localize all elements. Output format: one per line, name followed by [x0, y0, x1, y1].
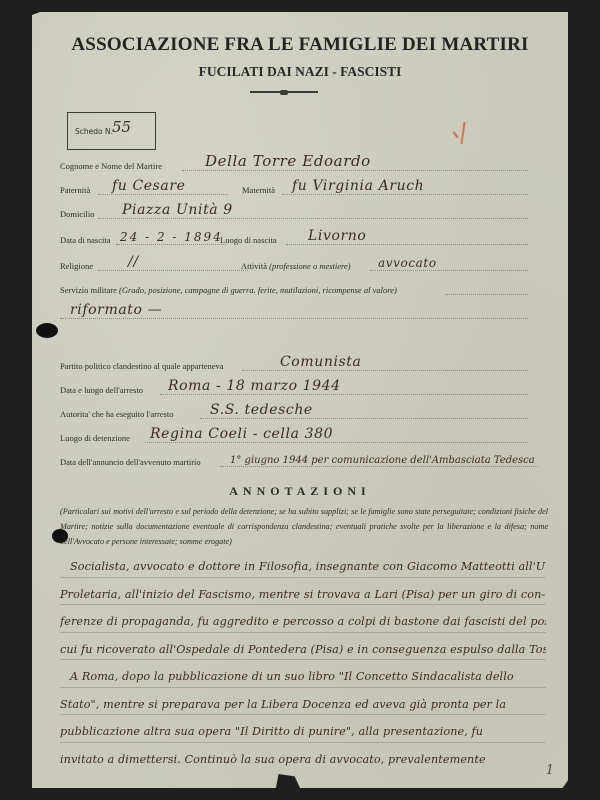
field-birth: Data di nascita 24 - 2 - 1894 Luogo di n…	[60, 226, 548, 248]
fill-line	[98, 218, 528, 219]
field-religion-activity: Religione // Attività (professione o mes…	[60, 252, 548, 274]
fill-line	[60, 318, 528, 319]
field-detention-value: Regina Coeli - cella 380	[150, 426, 333, 442]
field-maternity-value: fu Virginia Aruch	[292, 178, 424, 194]
field-domicile: Domicilio Piazza Unità 9	[60, 200, 548, 222]
annotations-title: ANNOTAZIONI	[32, 484, 568, 499]
annotations-handwritten: Socialista, avvocato e dottore in Filoso…	[60, 550, 546, 769]
annotations-instructions: (Particolari sui motivi dell'arresto e s…	[60, 504, 548, 549]
field-activity-hint: (professione o mestiere)	[269, 261, 351, 271]
annotation-line: A Roma, dopo la pubblicazione di un suo …	[60, 660, 546, 688]
field-birthdate-value: 24 - 2 - 1894	[120, 230, 223, 244]
punch-hole	[36, 323, 58, 338]
field-arrest-label: Data e luogo dell'arresto	[60, 385, 143, 395]
fill-line	[286, 244, 528, 245]
field-domicile-value: Piazza Unità 9	[122, 202, 233, 218]
annotation-line: Socialista, avvocato e dottore in Filoso…	[60, 550, 546, 578]
title-ornament	[250, 91, 318, 93]
field-arrest-value: Roma - 18 marzo 1944	[168, 378, 341, 394]
fill-line	[200, 418, 528, 419]
record-number-box: Schedo N. 55	[67, 112, 156, 150]
field-religion-value: //	[128, 254, 139, 270]
archive-form-sheet: ASSOCIAZIONE FRA LE FAMIGLIE DEI MARTIRI…	[32, 12, 568, 788]
annotation-line: ferenze di propaganda, fu aggredito e pe…	[60, 605, 546, 633]
punch-hole	[52, 529, 68, 543]
field-birthplace-label: Luogo di nascita	[220, 235, 277, 245]
field-military-label-text: Servizio militare	[60, 285, 117, 295]
field-arresting-authority: Autorita' che ha eseguito l'arresto S.S.…	[60, 400, 548, 422]
form-subtitle: FUCILATI DAI NAZI - FASCISTI	[32, 64, 568, 80]
annotation-line: pubblicazione altra sua opera "Il Diritt…	[60, 715, 546, 743]
field-military-service: Servizio militare (Grado, posizione, cam…	[60, 276, 548, 298]
field-detention-label: Luogo di detenzione	[60, 433, 130, 443]
field-name-value: Della Torre Edoardo	[205, 152, 371, 170]
annotation-line: cui fu ricoverato all'Ospedale di Ponted…	[60, 633, 546, 661]
record-number-value: 55	[112, 118, 131, 136]
fill-line	[182, 170, 528, 171]
annotation-line: Proletaria, all'inizio del Fascismo, men…	[60, 578, 546, 606]
form-title: ASSOCIAZIONE FRA LE FAMIGLIE DEI MARTIRI	[32, 34, 568, 56]
record-number-label: Schedo N.	[75, 127, 113, 136]
field-religion-label: Religione	[60, 261, 93, 271]
field-parents: Paternità fu Cesare Maternità fu Virgini…	[60, 176, 548, 198]
field-activity-value: avvocato	[378, 256, 437, 270]
field-birthplace-value: Livorno	[308, 228, 366, 244]
field-authority-value: S.S. tedesche	[210, 402, 313, 418]
field-martyrdom-announcement: Data dell'annuncio dell'avvenuto martiri…	[60, 448, 548, 470]
annotation-line: invitato a dimettersi. Continuò la sua o…	[60, 743, 546, 770]
annotation-line: Stato", mentre si preparava per la Liber…	[60, 688, 546, 716]
fill-line	[145, 442, 528, 443]
field-maternity-label: Maternità	[242, 185, 275, 195]
fill-line	[242, 370, 528, 371]
field-name: Cognome e Nome del Martire Della Torre E…	[60, 152, 548, 174]
fill-line	[98, 194, 228, 195]
field-military-value: riformato —	[70, 302, 162, 318]
field-activity-label: Attività (professione o mestiere)	[241, 261, 351, 271]
page-number: 1	[546, 763, 554, 778]
fill-line	[445, 294, 528, 295]
fill-line	[116, 244, 226, 245]
fill-line	[98, 270, 248, 271]
field-martyrdom-label: Data dell'annuncio dell'avvenuto martiri…	[60, 457, 201, 467]
check-mark-icon	[448, 122, 465, 144]
field-domicile-label: Domicilio	[60, 209, 94, 219]
field-military-value-row: riformato —	[60, 300, 548, 322]
fill-line	[220, 466, 538, 467]
field-party-label: Partito politico clandestino al quale ap…	[60, 361, 224, 371]
field-name-label: Cognome e Nome del Martire	[60, 161, 162, 171]
fill-line	[160, 394, 528, 395]
fill-line	[370, 270, 528, 271]
field-paternity-value: fu Cesare	[112, 178, 186, 194]
field-activity-label-text: Attività	[241, 261, 267, 271]
field-party: Partito politico clandestino al quale ap…	[60, 352, 548, 374]
field-paternity-label: Paternità	[60, 185, 90, 195]
field-authority-label: Autorita' che ha eseguito l'arresto	[60, 409, 174, 419]
field-military-hint: (Grado, posizione, campagne di guerra. f…	[119, 285, 397, 295]
field-birthdate-label: Data di nascita	[60, 235, 111, 245]
field-party-value: Comunista	[280, 354, 361, 370]
field-arrest: Data e luogo dell'arresto Roma - 18 marz…	[60, 376, 548, 398]
fill-line	[282, 194, 528, 195]
field-detention: Luogo di detenzione Regina Coeli - cella…	[60, 424, 548, 446]
field-military-label: Servizio militare (Grado, posizione, cam…	[60, 285, 397, 295]
field-martyrdom-value: 1° giugno 1944 per comunicazione dell'Am…	[230, 455, 535, 466]
